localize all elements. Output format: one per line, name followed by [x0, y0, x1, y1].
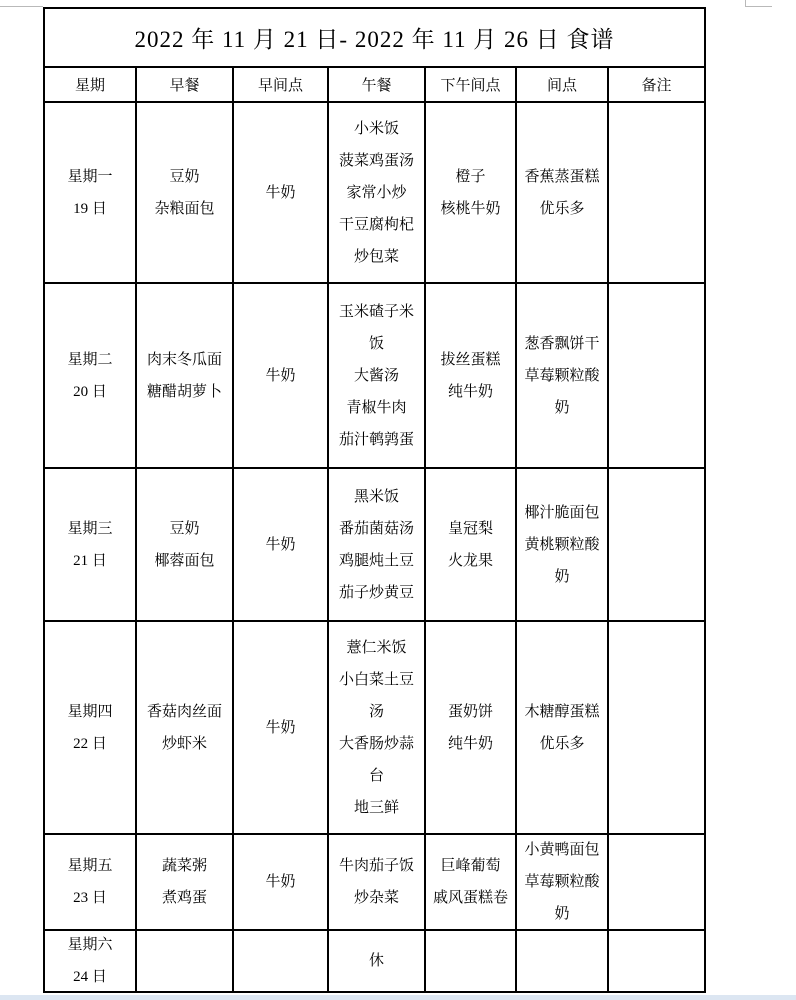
header-cell-notes: 备注 — [609, 68, 704, 101]
table-title: 2022 年 11 月 21 日- 2022 年 11 月 26 日 食谱 — [45, 9, 704, 66]
cell-text-line: 黑米饭 — [354, 481, 399, 513]
friday-day-cell: 星期五23 日 — [45, 835, 135, 929]
monday-breakfast-cell: 豆奶杂粮面包 — [137, 103, 232, 282]
cell-text-line: 22 日 — [73, 728, 107, 760]
wednesday-afternoon-snack-cell: 皇冠梨火龙果 — [426, 469, 515, 620]
cell-text-line: 豆奶 — [169, 513, 199, 545]
monday-notes-cell — [609, 103, 704, 282]
header-cell-breakfast: 早餐 — [137, 68, 232, 101]
cell-text-line: 星期二 — [67, 344, 112, 376]
saturday-lunch-cell: 休 — [329, 931, 424, 991]
bottom-edge-strip — [0, 995, 796, 1000]
cell-text-line: 优乐多 — [539, 728, 584, 760]
cell-text-line: 煮鸡蛋 — [162, 882, 207, 914]
cell-text-line: 炒包菜 — [354, 241, 399, 273]
tuesday-lunch-cell: 玉米碴子米饭大酱汤青椒牛肉茄汁鹌鹑蛋 — [329, 284, 424, 467]
monday-afternoon-snack-cell: 橙子核桃牛奶 — [426, 103, 515, 282]
cell-text-line: 牛奶 — [265, 866, 295, 898]
wednesday-snack-cell: 椰汁脆面包黄桃颗粒酸奶 — [517, 469, 607, 620]
cell-text-line: 19 日 — [73, 193, 107, 225]
document-page: 2022 年 11 月 21 日- 2022 年 11 月 26 日 食谱 星期… — [0, 0, 796, 1000]
header-cell-snack: 间点 — [517, 68, 607, 101]
cell-text-line: 火龙果 — [448, 545, 493, 577]
cell-text-line: 蛋奶饼 — [448, 696, 493, 728]
header-cell-lunch: 午餐 — [329, 68, 424, 101]
cell-text-line: 草莓颗粒酸 — [524, 360, 599, 392]
cell-text-line: 糖醋胡萝卜 — [147, 376, 222, 408]
cell-text-line: 奶 — [554, 392, 569, 424]
cell-text-line: 台 — [369, 760, 384, 792]
cell-text-line: 核桃牛奶 — [440, 193, 500, 225]
cell-text-line: 纯牛奶 — [448, 376, 493, 408]
monday-snack-cell: 香蕉蒸蛋糕优乐多 — [517, 103, 607, 282]
friday-breakfast-cell: 蔬菜粥煮鸡蛋 — [137, 835, 232, 929]
friday-snack-cell: 小黄鸭面包草莓颗粒酸奶 — [517, 835, 607, 929]
cell-text-line: 牛奶 — [265, 529, 295, 561]
cell-text-line: 24 日 — [73, 961, 107, 991]
thursday-lunch-cell: 薏仁米饭小白菜土豆汤大香肠炒蒜台地三鲜 — [329, 622, 424, 833]
header-cell-morning-snack: 早间点 — [234, 68, 327, 101]
page-margin-mark-right-horizontal — [745, 6, 772, 7]
cell-text-line: 饭 — [369, 328, 384, 360]
cell-text-line: 大香肠炒蒜 — [339, 728, 414, 760]
cell-text-line: 休 — [369, 945, 384, 977]
cell-text-line: 茄子炒黄豆 — [339, 577, 414, 609]
cell-text-line: 菠菜鸡蛋汤 — [339, 145, 414, 177]
thursday-breakfast-cell: 香菇肉丝面炒虾米 — [137, 622, 232, 833]
cell-text-line: 地三鲜 — [354, 792, 399, 824]
cell-text-line: 皇冠梨 — [448, 513, 493, 545]
tuesday-morning-snack-cell: 牛奶 — [234, 284, 327, 467]
tuesday-day-cell: 星期二20 日 — [45, 284, 135, 467]
cell-text-line: 21 日 — [73, 545, 107, 577]
wednesday-day-cell: 星期三21 日 — [45, 469, 135, 620]
wednesday-morning-snack-cell: 牛奶 — [234, 469, 327, 620]
friday-lunch-cell: 牛肉茄子饭炒杂菜 — [329, 835, 424, 929]
saturday-afternoon-snack-cell — [426, 931, 515, 991]
cell-text-line: 木糖醇蛋糕 — [524, 696, 599, 728]
cell-text-line: 星期四 — [67, 696, 112, 728]
cell-text-line: 干豆腐枸杞 — [339, 209, 414, 241]
cell-text-line: 牛奶 — [265, 177, 295, 209]
saturday-snack-cell — [517, 931, 607, 991]
page-margin-mark-right-vertical — [745, 0, 746, 6]
cell-text-line: 椰汁脆面包 — [524, 497, 599, 529]
cell-text-line: 黄桃颗粒酸 — [524, 529, 599, 561]
tuesday-notes-cell — [609, 284, 704, 467]
cell-text-line: 杂粮面包 — [154, 193, 214, 225]
cell-text-line: 番茄菌菇汤 — [339, 513, 414, 545]
cell-text-line: 牛奶 — [265, 712, 295, 744]
menu-table: 2022 年 11 月 21 日- 2022 年 11 月 26 日 食谱 星期… — [43, 7, 706, 993]
cell-text-line: 巨峰葡萄 — [440, 850, 500, 882]
cell-text-line: 星期五 — [67, 850, 112, 882]
cell-text-line: 星期一 — [67, 161, 112, 193]
cell-text-line: 23 日 — [73, 882, 107, 914]
cell-text-line: 戚风蛋糕卷 — [433, 882, 508, 914]
cell-text-line: 纯牛奶 — [448, 728, 493, 760]
friday-notes-cell — [609, 835, 704, 929]
cell-text-line: 薏仁米饭 — [346, 632, 406, 664]
thursday-snack-cell: 木糖醇蛋糕优乐多 — [517, 622, 607, 833]
tuesday-afternoon-snack-cell: 拔丝蛋糕纯牛奶 — [426, 284, 515, 467]
cell-text-line: 葱香飘饼干 — [524, 328, 599, 360]
cell-text-line: 汤 — [369, 696, 384, 728]
cell-text-line: 牛奶 — [265, 360, 295, 392]
cell-text-line: 20 日 — [73, 376, 107, 408]
saturday-notes-cell — [609, 931, 704, 991]
cell-text-line: 小米饭 — [354, 113, 399, 145]
cell-text-line: 青椒牛肉 — [346, 392, 406, 424]
cell-text-line: 星期三 — [67, 513, 112, 545]
wednesday-breakfast-cell: 豆奶椰蓉面包 — [137, 469, 232, 620]
wednesday-lunch-cell: 黑米饭番茄菌菇汤鸡腿炖土豆茄子炒黄豆 — [329, 469, 424, 620]
tuesday-breakfast-cell: 肉末冬瓜面糖醋胡萝卜 — [137, 284, 232, 467]
monday-day-cell: 星期一19 日 — [45, 103, 135, 282]
cell-text-line: 家常小炒 — [346, 177, 406, 209]
cell-text-line: 奶 — [554, 898, 569, 929]
monday-morning-snack-cell: 牛奶 — [234, 103, 327, 282]
cell-text-line: 优乐多 — [539, 193, 584, 225]
thursday-notes-cell — [609, 622, 704, 833]
cell-text-line: 草莓颗粒酸 — [524, 866, 599, 898]
cell-text-line: 香蕉蒸蛋糕 — [524, 161, 599, 193]
page-margin-mark-left — [0, 6, 43, 7]
cell-text-line: 炒虾米 — [162, 728, 207, 760]
friday-afternoon-snack-cell: 巨峰葡萄戚风蛋糕卷 — [426, 835, 515, 929]
cell-text-line: 炒杂菜 — [354, 882, 399, 914]
cell-text-line: 大酱汤 — [354, 360, 399, 392]
cell-text-line: 肉末冬瓜面 — [147, 344, 222, 376]
saturday-morning-snack-cell — [234, 931, 327, 991]
thursday-morning-snack-cell: 牛奶 — [234, 622, 327, 833]
friday-morning-snack-cell: 牛奶 — [234, 835, 327, 929]
cell-text-line: 椰蓉面包 — [154, 545, 214, 577]
thursday-afternoon-snack-cell: 蛋奶饼纯牛奶 — [426, 622, 515, 833]
cell-text-line: 小黄鸭面包 — [524, 835, 599, 866]
cell-text-line: 豆奶 — [169, 161, 199, 193]
cell-text-line: 奶 — [554, 561, 569, 593]
cell-text-line: 蔬菜粥 — [162, 850, 207, 882]
wednesday-notes-cell — [609, 469, 704, 620]
tuesday-snack-cell: 葱香飘饼干草莓颗粒酸奶 — [517, 284, 607, 467]
cell-text-line: 星期六 — [67, 931, 112, 961]
header-cell-weekday: 星期 — [45, 68, 135, 101]
cell-text-line: 拔丝蛋糕 — [440, 344, 500, 376]
cell-text-line: 牛肉茄子饭 — [339, 850, 414, 882]
cell-text-line: 小白菜土豆 — [339, 664, 414, 696]
cell-text-line: 橙子 — [455, 161, 485, 193]
cell-text-line: 鸡腿炖土豆 — [339, 545, 414, 577]
header-cell-afternoon-snack: 下午间点 — [426, 68, 515, 101]
cell-text-line: 茄汁鹌鹑蛋 — [339, 424, 414, 456]
cell-text-line: 香菇肉丝面 — [147, 696, 222, 728]
thursday-day-cell: 星期四22 日 — [45, 622, 135, 833]
monday-lunch-cell: 小米饭菠菜鸡蛋汤家常小炒干豆腐枸杞炒包菜 — [329, 103, 424, 282]
saturday-breakfast-cell — [137, 931, 232, 991]
cell-text-line: 玉米碴子米 — [339, 296, 414, 328]
saturday-day-cell: 星期六24 日 — [45, 931, 135, 991]
